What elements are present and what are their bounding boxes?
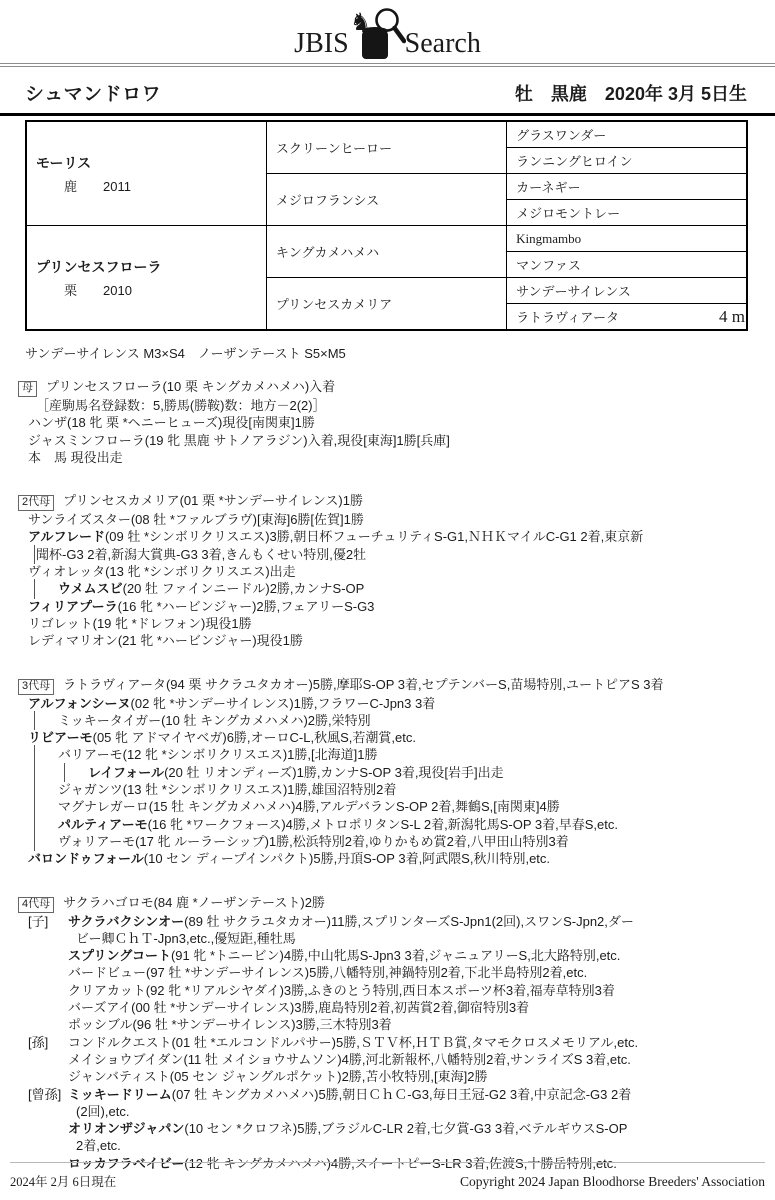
line-text: レディマリオン(21 牝 *ハービンジャー)現役1勝 [28, 633, 303, 648]
line-text: (10 セン *クロフネ)5勝,ブラジルC-LR 2着,七夕賞-G3 3着,ベテ… [184, 1121, 627, 1136]
line-text: ヴィオレッタ(13 牝 *シンボリクリスエス)出走 [28, 564, 296, 579]
pedigree-line: バリアーモ(12 牝 *シンボリクリスエス)1勝,[北海道]1勝 [0, 746, 775, 763]
corner-note: 4 m [719, 307, 745, 327]
ancestor-cell: プリンセスカメリア [266, 278, 506, 331]
dam-color-year: 栗 2010 [36, 280, 266, 299]
pedigree-line: アルフォンシーヌ(02 牝 *サンデーサイレンス)1勝,フラワーC-Jpn3 3… [0, 695, 775, 712]
line-text: マグナレガーロ(15 牡 キングカメハメハ)4勝,アルデバランS-OP 2着,舞… [58, 799, 560, 814]
generation-label: 母 [18, 381, 37, 397]
jbis-logo: JBIS ♞ Search [0, 0, 775, 58]
title-divider [0, 113, 775, 116]
line-text: バーズアイ(00 牡 *サンデーサイレンス)3勝,鹿島特別2着,初茜賞2着,御宿… [68, 1000, 529, 1015]
pedigree-line: スプリングコート(91 牝 *トニービン)4勝,中山牝馬S-Jpn3 3着,ジャ… [0, 947, 775, 964]
pedigree-line: 2代母プリンセスカメリア(01 栗 *サンデーサイレンス)1勝 [0, 492, 775, 511]
relation-label: [曾孫] [28, 1086, 68, 1103]
family-block: 母プリンセスフローラ(10 栗 キングカメハメハ)入着［産駒馬名登録数：5,勝馬… [0, 378, 775, 466]
family-block: 2代母プリンセスカメリア(01 栗 *サンデーサイレンス)1勝サンライズスター(… [0, 492, 775, 649]
pedigree-line: ハンザ(18 牝 栗 *ヘニーヒューズ)現役[南関東]1勝 [0, 414, 775, 431]
pedigree-line: ジャンバティスト(05 セン ジャングルポケット)2勝,苫小牧特別,[東海]2勝 [0, 1068, 775, 1085]
title-row: シュマンドロワ 牡 黒鹿 2020年 3月 5日生 [0, 67, 775, 113]
ancestor-cell: マンファス [507, 252, 747, 278]
line-text: (10 セン ディープインパクト)5勝,丹頂S-OP 3着,阿武隈S,秋川特別,… [144, 851, 550, 866]
pedigree-line: ヴィオレッタ(13 牝 *シンボリクリスエス)出走 [0, 563, 775, 580]
sire-color-year: 鹿 2011 [36, 176, 266, 195]
horse-name: サクラバクシンオー [68, 914, 184, 929]
pedigree-line: (2回),etc. [0, 1103, 775, 1120]
pedigree-line: メイショウブイダン(11 牡 メイショウサムソン)4勝,河北新報杯,八幡特別2着… [0, 1051, 775, 1068]
ancestor-cell: ランニングヒロイン [507, 148, 747, 174]
pedigree-line: 2着,etc. [0, 1137, 775, 1154]
line-text: ポッシブル(96 牡 *サンデーサイレンス)3勝,三木特別3着 [68, 1017, 392, 1032]
line-text: (20 牡 ファインニードル)2勝,カンナS-OP [123, 581, 365, 596]
dam-name: プリンセスフローラ [36, 257, 266, 277]
logo-text-left: JBIS [294, 30, 348, 58]
line-text: プリンセスフローラ(10 栗 キングカメハメハ)入着 [46, 379, 335, 394]
ancestor-cell: グラスワンダー [507, 121, 747, 148]
line-text: サンライズスター(08 牡 *ファルブラヴ)[東海]6勝[佐賀]1勝 [28, 512, 364, 527]
line-text: メイショウブイダン(11 牡 メイショウサムソン)4勝,河北新報杯,八幡特別2着… [68, 1052, 631, 1067]
sire-name: モーリス [36, 153, 266, 173]
horse-name: パルティアーモ [58, 817, 148, 832]
line-text: リゴレット(19 牝 *ドレフォン)現役1勝 [28, 616, 252, 631]
pedigree-line: バーズアイ(00 牡 *サンデーサイレンス)3勝,鹿島特別2着,初茜賞2着,御宿… [0, 999, 775, 1016]
line-text: サクラハゴロモ(84 鹿 *ノーザンテースト)2勝 [63, 895, 325, 910]
tree-branch-bar [34, 579, 35, 598]
line-text: (16 牝 *ワークフォース)4勝,メトロポリタンS-L 2着,新潟牝馬S-OP… [148, 817, 618, 832]
line-text: (05 牝 アドマイヤベガ)6勝,オーロC-L,秋風S,若潮賞,etc. [93, 730, 416, 745]
dam-cell: プリンセスフローラ 栗 2010 [26, 226, 266, 331]
pedigree-table: モーリス 鹿 2011 スクリーンヒーロー グラスワンダー ランニングヒロイン … [25, 120, 748, 331]
horse-name: バロンドゥフォール [28, 851, 144, 866]
page-title-horse-name: シュマンドロワ [25, 79, 161, 106]
pedigree-line: ミッキータイガー(10 牡 キングカメハメハ)2勝,栄特別 [0, 712, 775, 729]
line-text: バードビュー(97 牡 *サンデーサイレンス)5勝,八幡特別,神鍋特別2着,下北… [68, 965, 587, 980]
pedigree-line: [孫]コンドルクエスト(01 牡 *エルコンドルパサー)5勝,ＳＴＶ杯,ＨＴＢ賞… [0, 1034, 775, 1051]
horse-name: アルフレード [28, 529, 105, 544]
generation-label: 2代母 [18, 495, 54, 511]
line-text: ジャガンツ(13 牡 *シンボリクリスエス)1勝,雄国沼特別2着 [58, 782, 396, 797]
pedigree-line: オリオンザジャパン(10 セン *クロフネ)5勝,ブラジルC-LR 2着,七夕賞… [0, 1120, 775, 1137]
pedigree-line: フィリアプーラ(16 牝 *ハービンジャー)2勝,フェアリーS-G3 [0, 598, 775, 615]
pedigree-line: バードビュー(97 牡 *サンデーサイレンス)5勝,八幡特別,神鍋特別2着,下北… [0, 964, 775, 981]
pedigree-line: ビー卿ＣｈＴ-Jpn3,etc.,優短距,種牡馬 [0, 930, 775, 947]
line-text: (02 牝 *サンデーサイレンス)1勝,フラワーC-Jpn3 3着 [131, 696, 436, 711]
pedigree-line: ジャスミンフローラ(19 牝 黒鹿 サトノアラジン)入着,現役[東海]1勝[兵庫… [0, 432, 775, 449]
line-text: (91 牝 *トニービン)4勝,中山牝馬S-Jpn3 3着,ジャニュアリーS,北… [171, 948, 620, 963]
tree-branch-bar [34, 545, 35, 564]
ancestor-cell: メジロモントレー [507, 200, 747, 226]
horse-name: オリオンザジャパン [68, 1121, 184, 1136]
horse-name: フィリアプーラ [28, 599, 118, 614]
ancestor-name: ラトラヴィアータ [516, 307, 619, 326]
pedigree-line: ジャガンツ(13 牡 *シンボリクリスエス)1勝,雄国沼特別2着 [0, 781, 775, 798]
pedigree-line: リビアーモ(05 牝 アドマイヤベガ)6勝,オーロC-L,秋風S,若潮賞,etc… [0, 729, 775, 746]
pedigree-line: レイフォール(20 牡 リオンディーズ)1勝,カンナS-OP 3着,現役[岩手]… [0, 764, 775, 781]
tree-branch-bar [34, 832, 35, 851]
line-text: (89 牡 サクラユタカオー)11勝,スプリンターズS-Jpn1(2回),スワン… [184, 914, 634, 929]
horse-name: スプリングコート [68, 948, 171, 963]
relation-label: [子] [28, 913, 68, 930]
line-text: ジャンバティスト(05 セン ジャングルポケット)2勝,苫小牧特別,[東海]2勝 [68, 1069, 487, 1084]
pedigree-line: [子]サクラバクシンオー(89 牡 サクラユタカオー)11勝,スプリンターズS-… [0, 913, 775, 930]
pedigree-line: リゴレット(19 牝 *ドレフォン)現役1勝 [0, 615, 775, 632]
ancestor-cell: スクリーンヒーロー [266, 121, 506, 174]
pedigree-line: 3代母ラトラヴィアータ(94 栗 サクラユタカオー)5勝,摩耶S-OP 3着,セ… [0, 676, 775, 695]
sire-cell: モーリス 鹿 2011 [26, 121, 266, 226]
pedigree-line: レディマリオン(21 牝 *ハービンジャー)現役1勝 [0, 632, 775, 649]
pedigree-line: クリアカット(92 牝 *リアルシヤダイ)3勝,ふきのとう特別,西日本スポーツ杯… [0, 982, 775, 999]
pedigree-line: バロンドゥフォール(10 セン ディープインパクト)5勝,丹頂S-OP 3着,阿… [0, 850, 775, 867]
tree-branch-bar [34, 711, 35, 730]
horse-name: レイフォール [88, 765, 164, 780]
horse-name: ミッキードリーム [68, 1087, 172, 1102]
line-text: 本 馬 現役出走 [28, 450, 123, 465]
pedigree-line: [曾孫]ミッキードリーム(07 牡 キングカメハメハ)5勝,朝日ＣｈＣ-G3,毎… [0, 1086, 775, 1103]
tree-branch-bar [64, 763, 65, 782]
line-text: ジャスミンフローラ(19 牝 黒鹿 サトノアラジン)入着,現役[東海]1勝[兵庫… [28, 433, 450, 448]
family-block: 4代母サクラハゴロモ(84 鹿 *ノーザンテースト)2勝[子]サクラバクシンオー… [0, 894, 775, 1172]
inbreeding-note: サンデーサイレンス M3×S4 ノーザンテースト S5×M5 [25, 343, 775, 362]
line-text: クリアカット(92 牝 *リアルシヤダイ)3勝,ふきのとう特別,西日本スポーツ杯… [68, 983, 615, 998]
footer-copyright: Copyright 2024 Japan Bloodhorse Breeders… [460, 1174, 765, 1190]
page-footer: 2024年 2月 6日現在 Copyright 2024 Japan Blood… [10, 1162, 765, 1190]
line-text: ビー卿ＣｈＴ-Jpn3,etc.,優短距,種牡馬 [76, 931, 296, 946]
logo-text-right: Search [405, 30, 481, 58]
line-text: (07 牡 キングカメハメハ)5勝,朝日ＣｈＣ-G3,毎日王冠-G2 3着,中京… [172, 1087, 631, 1102]
line-text: コンドルクエスト(01 牡 *エルコンドルパサー)5勝,ＳＴＶ杯,ＨＴＢ賞,タマ… [68, 1035, 638, 1050]
horse-name: リビアーモ [28, 730, 93, 745]
horse-name: ウメムスビ [58, 581, 123, 596]
ancestor-cell: ラトラヴィアータ 4 m [507, 304, 747, 331]
ancestor-cell: メジロフランシス [266, 174, 506, 226]
pedigree-line: 本 馬 現役出走 [0, 449, 775, 466]
line-text: 2着,etc. [76, 1138, 121, 1153]
line-text: バリアーモ(12 牝 *シンボリクリスエス)1勝,[北海道]1勝 [58, 747, 377, 762]
pedigree-line: パルティアーモ(16 牝 *ワークフォース)4勝,メトロポリタンS-L 2着,新… [0, 816, 775, 833]
pedigree-line: サンライズスター(08 牡 *ファルブラヴ)[東海]6勝[佐賀]1勝 [0, 511, 775, 528]
horse-name: アルフォンシーヌ [28, 696, 131, 711]
line-text: (2回),etc. [76, 1104, 129, 1119]
line-text: ヴォリアーモ(17 牝 ルーラーシップ)1勝,松浜特別2着,ゆりかもめ賞2着,八… [58, 834, 569, 849]
generation-label: 4代母 [18, 897, 54, 913]
ancestor-cell: カーネギー [507, 174, 747, 200]
family-blocks: 母プリンセスフローラ(10 栗 キングカメハメハ)入着［産駒馬名登録数：5,勝馬… [0, 378, 775, 1172]
line-text: 聞杯-G3 2着,新潟大賞典-G3 3着,きんもくせい特別,優2牡 [36, 547, 366, 562]
pedigree-line: アルフレード(09 牡 *シンボリクリスエス)3勝,朝日杯フューチュリティS-G… [0, 528, 775, 545]
family-block: 3代母ラトラヴィアータ(94 栗 サクラユタカオー)5勝,摩耶S-OP 3着,セ… [0, 676, 775, 868]
line-text: (09 牡 *シンボリクリスエス)3勝,朝日杯フューチュリティS-G1,ＮＨＫマ… [105, 529, 643, 544]
pedigree-line: 4代母サクラハゴロモ(84 鹿 *ノーザンテースト)2勝 [0, 894, 775, 913]
line-text: (20 牡 リオンディーズ)1勝,カンナS-OP 3着,現役[岩手]出走 [164, 765, 504, 780]
pedigree-line: ウメムスビ(20 牡 ファインニードル)2勝,カンナS-OP [0, 580, 775, 597]
pedigree-line: マグナレガーロ(15 牡 キングカメハメハ)4勝,アルデバランS-OP 2着,舞… [0, 798, 775, 815]
svg-text:♞: ♞ [350, 8, 372, 36]
line-text: ［産駒馬名登録数：5,勝馬(勝鞍)数：地方－2(2)］ [36, 398, 326, 413]
pedigree-line: ［産駒馬名登録数：5,勝馬(勝鞍)数：地方－2(2)］ [0, 397, 775, 414]
line-text: ラトラヴィアータ(94 栗 サクラユタカオー)5勝,摩耶S-OP 3着,セプテン… [63, 677, 663, 692]
line-text: (16 牝 *ハービンジャー)2勝,フェアリーS-G3 [118, 599, 375, 614]
ancestor-cell: キングカメハメハ [266, 226, 506, 278]
line-text: ミッキータイガー(10 牡 キングカメハメハ)2勝,栄特別 [58, 713, 371, 728]
generation-label: 3代母 [18, 679, 54, 695]
line-text: ハンザ(18 牝 栗 *ヘニーヒューズ)現役[南関東]1勝 [28, 415, 315, 430]
pedigree-line: ポッシブル(96 牡 *サンデーサイレンス)3勝,三木特別3着 [0, 1016, 775, 1033]
line-text: プリンセスカメリア(01 栗 *サンデーサイレンス)1勝 [63, 493, 363, 508]
logo-horse-search-icon: ♞ [348, 8, 406, 62]
relation-label: [孫] [28, 1034, 68, 1051]
pedigree-line: 聞杯-G3 2着,新潟大賞典-G3 3着,きんもくせい特別,優2牡 [0, 546, 775, 563]
pedigree-line: ヴォリアーモ(17 牝 ルーラーシップ)1勝,松浜特別2着,ゆりかもめ賞2着,八… [0, 833, 775, 850]
footer-date: 2024年 2月 6日現在 [10, 1172, 116, 1190]
ancestor-cell: Kingmambo [507, 226, 747, 252]
pedigree-line: 母プリンセスフローラ(10 栗 キングカメハメハ)入着 [0, 378, 775, 397]
horse-sex-color-birthdate: 牡 黒鹿 2020年 3月 5日生 [515, 80, 747, 106]
ancestor-cell: サンデーサイレンス [507, 278, 747, 304]
